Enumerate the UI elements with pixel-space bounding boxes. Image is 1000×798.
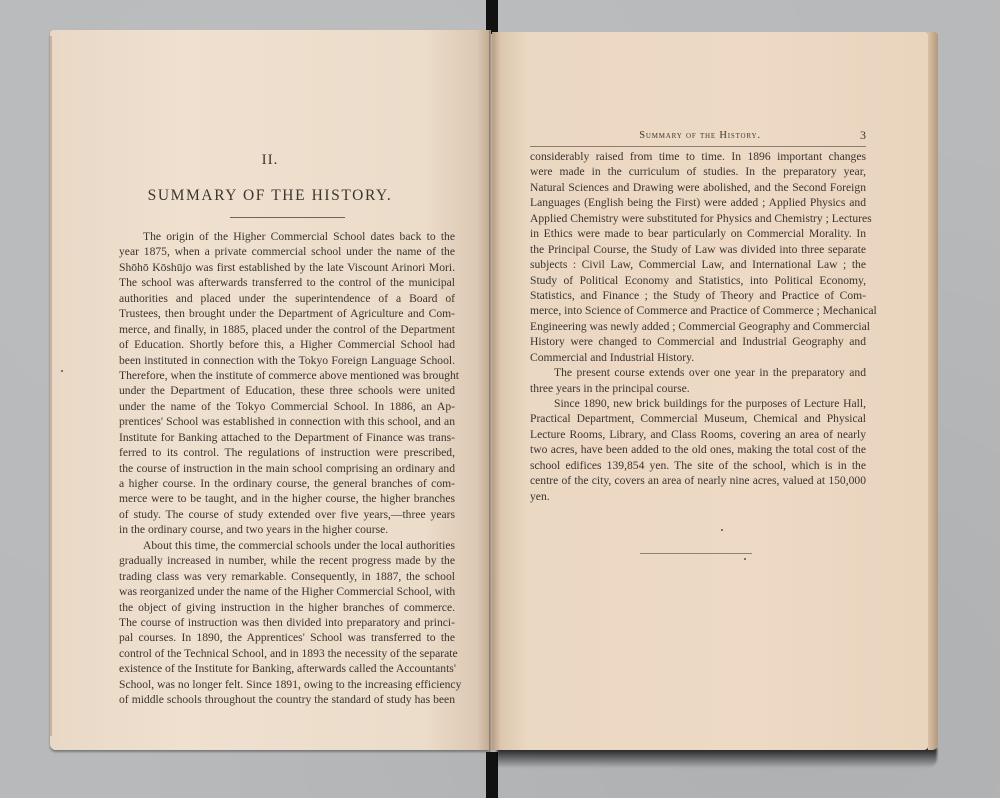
text-line: a higher course. In the ordinary course,… bbox=[119, 476, 455, 491]
paper-speck bbox=[61, 370, 63, 372]
section-end-rule bbox=[640, 553, 752, 554]
text-line: Trustees, then brought under the Departm… bbox=[119, 306, 455, 321]
paper-speck bbox=[744, 558, 746, 560]
text-line: was reorganized under the name of the Hi… bbox=[119, 584, 455, 599]
text-line: the Principal Course, the Study of Law w… bbox=[530, 242, 866, 257]
text-line: Statistics, and Finance ; the Study of T… bbox=[530, 288, 866, 303]
text-line: ferred to its control. The regulations o… bbox=[119, 445, 455, 460]
text-line: Applied Chemistry were substituted for P… bbox=[530, 211, 866, 226]
text-line: yen. bbox=[530, 489, 866, 504]
text-line: the course of instruction in the main sc… bbox=[119, 461, 455, 476]
text-line: The school was afterwards transferred to… bbox=[119, 275, 455, 290]
text-line: existence of the Institute for Banking, … bbox=[119, 661, 455, 676]
text-line: Therefore, when the institute of commerc… bbox=[119, 368, 455, 383]
text-line: in the ordinary course, and two years in… bbox=[119, 522, 455, 537]
text-line: pal courses. In 1890, the Apprentices' S… bbox=[119, 630, 455, 645]
text-line: Natural Sciences and Drawing were abolis… bbox=[530, 180, 866, 195]
text-line: Lecture Rooms, Library, and Class Rooms,… bbox=[530, 427, 866, 442]
text-line: centre of the city, covers an area of ne… bbox=[530, 473, 866, 488]
text-line: Since 1890, new brick buildings for the … bbox=[530, 396, 866, 411]
running-head: Summary of the History. 3 bbox=[530, 128, 870, 146]
text-line: subjects : Civil Law, Commercial Law, an… bbox=[530, 257, 866, 272]
text-line: of study. The course of study extended o… bbox=[119, 507, 455, 522]
text-line: were made in the curriculum of studies. … bbox=[530, 164, 866, 179]
text-line: two acres, have been added to the old on… bbox=[530, 442, 866, 457]
book-shadow bbox=[497, 748, 937, 768]
text-line: merce were to be taught, and in the high… bbox=[119, 491, 455, 506]
page-number: 3 bbox=[860, 128, 866, 143]
text-line: three years in the principal course. bbox=[530, 381, 866, 396]
text-line: gradually increased in number, while the… bbox=[119, 553, 455, 568]
text-line: school edifices 139,854 yen. The site of… bbox=[530, 458, 866, 473]
text-line: Study of Political Economy and Statistic… bbox=[530, 273, 866, 288]
text-line: considerably raised from time to time. I… bbox=[530, 149, 866, 164]
text-line: prentices' School was established in con… bbox=[119, 414, 455, 429]
text-line: the object of giving instruction in the … bbox=[119, 600, 455, 615]
text-line: Shōhō Kōshūjo was first established by t… bbox=[119, 260, 455, 275]
chapter-number: II. bbox=[50, 152, 490, 169]
chapter-title: SUMMARY OF THE HISTORY. bbox=[50, 187, 490, 205]
text-line: merce, and finally, in 1885, placed unde… bbox=[119, 322, 455, 337]
text-line: control of the Technical School, and in … bbox=[119, 646, 455, 661]
text-line: History were changed to Commercial and I… bbox=[530, 334, 866, 349]
left-page-body-text: The origin of the Higher Commercial Scho… bbox=[119, 229, 455, 708]
page-block-edge bbox=[928, 32, 938, 750]
text-line: Practical Department, Commercial Museum,… bbox=[530, 411, 866, 426]
running-head-rule bbox=[530, 146, 866, 147]
binding-strip-top bbox=[486, 0, 498, 34]
text-line: About this time, the commercial schools … bbox=[119, 538, 455, 553]
text-line: The course of instruction was then divid… bbox=[119, 615, 455, 630]
text-line: Institute for Banking attached to the De… bbox=[119, 430, 455, 445]
text-line: year 1875, when a private commercial sch… bbox=[119, 244, 455, 259]
title-rule bbox=[230, 217, 345, 218]
text-line: of middle schools throughout the country… bbox=[119, 692, 455, 707]
text-line: authorities and placed under the superin… bbox=[119, 291, 455, 306]
text-line: Commercial and Industrial History. bbox=[530, 350, 866, 365]
right-page-body-text: considerably raised from time to time. I… bbox=[530, 149, 866, 504]
text-line: The present course extends over one year… bbox=[530, 365, 866, 380]
text-line: under the Department of Education, these… bbox=[119, 383, 455, 398]
text-line: merce, into Science of Commerce and Prac… bbox=[530, 303, 866, 318]
paper-speck bbox=[721, 529, 723, 531]
text-line: been instituted in connection with the T… bbox=[119, 353, 455, 368]
text-line: in Ethics were made to bear particularly… bbox=[530, 226, 866, 241]
text-line: School, was no longer felt. Since 1891, … bbox=[119, 677, 455, 692]
running-head-title: Summary of the History. bbox=[530, 130, 870, 141]
gutter-fold bbox=[489, 30, 491, 752]
text-line: The origin of the Higher Commercial Scho… bbox=[119, 229, 455, 244]
text-line: of Education. Shortly before this, a Hig… bbox=[119, 337, 455, 352]
text-line: Languages (English being the First) were… bbox=[530, 195, 866, 210]
text-line: trading class was very remarkable. Conse… bbox=[119, 569, 455, 584]
text-line: under the name of the Tokyo Commercial S… bbox=[119, 399, 455, 414]
text-line: Engineering was newly added ; Commercial… bbox=[530, 319, 866, 334]
